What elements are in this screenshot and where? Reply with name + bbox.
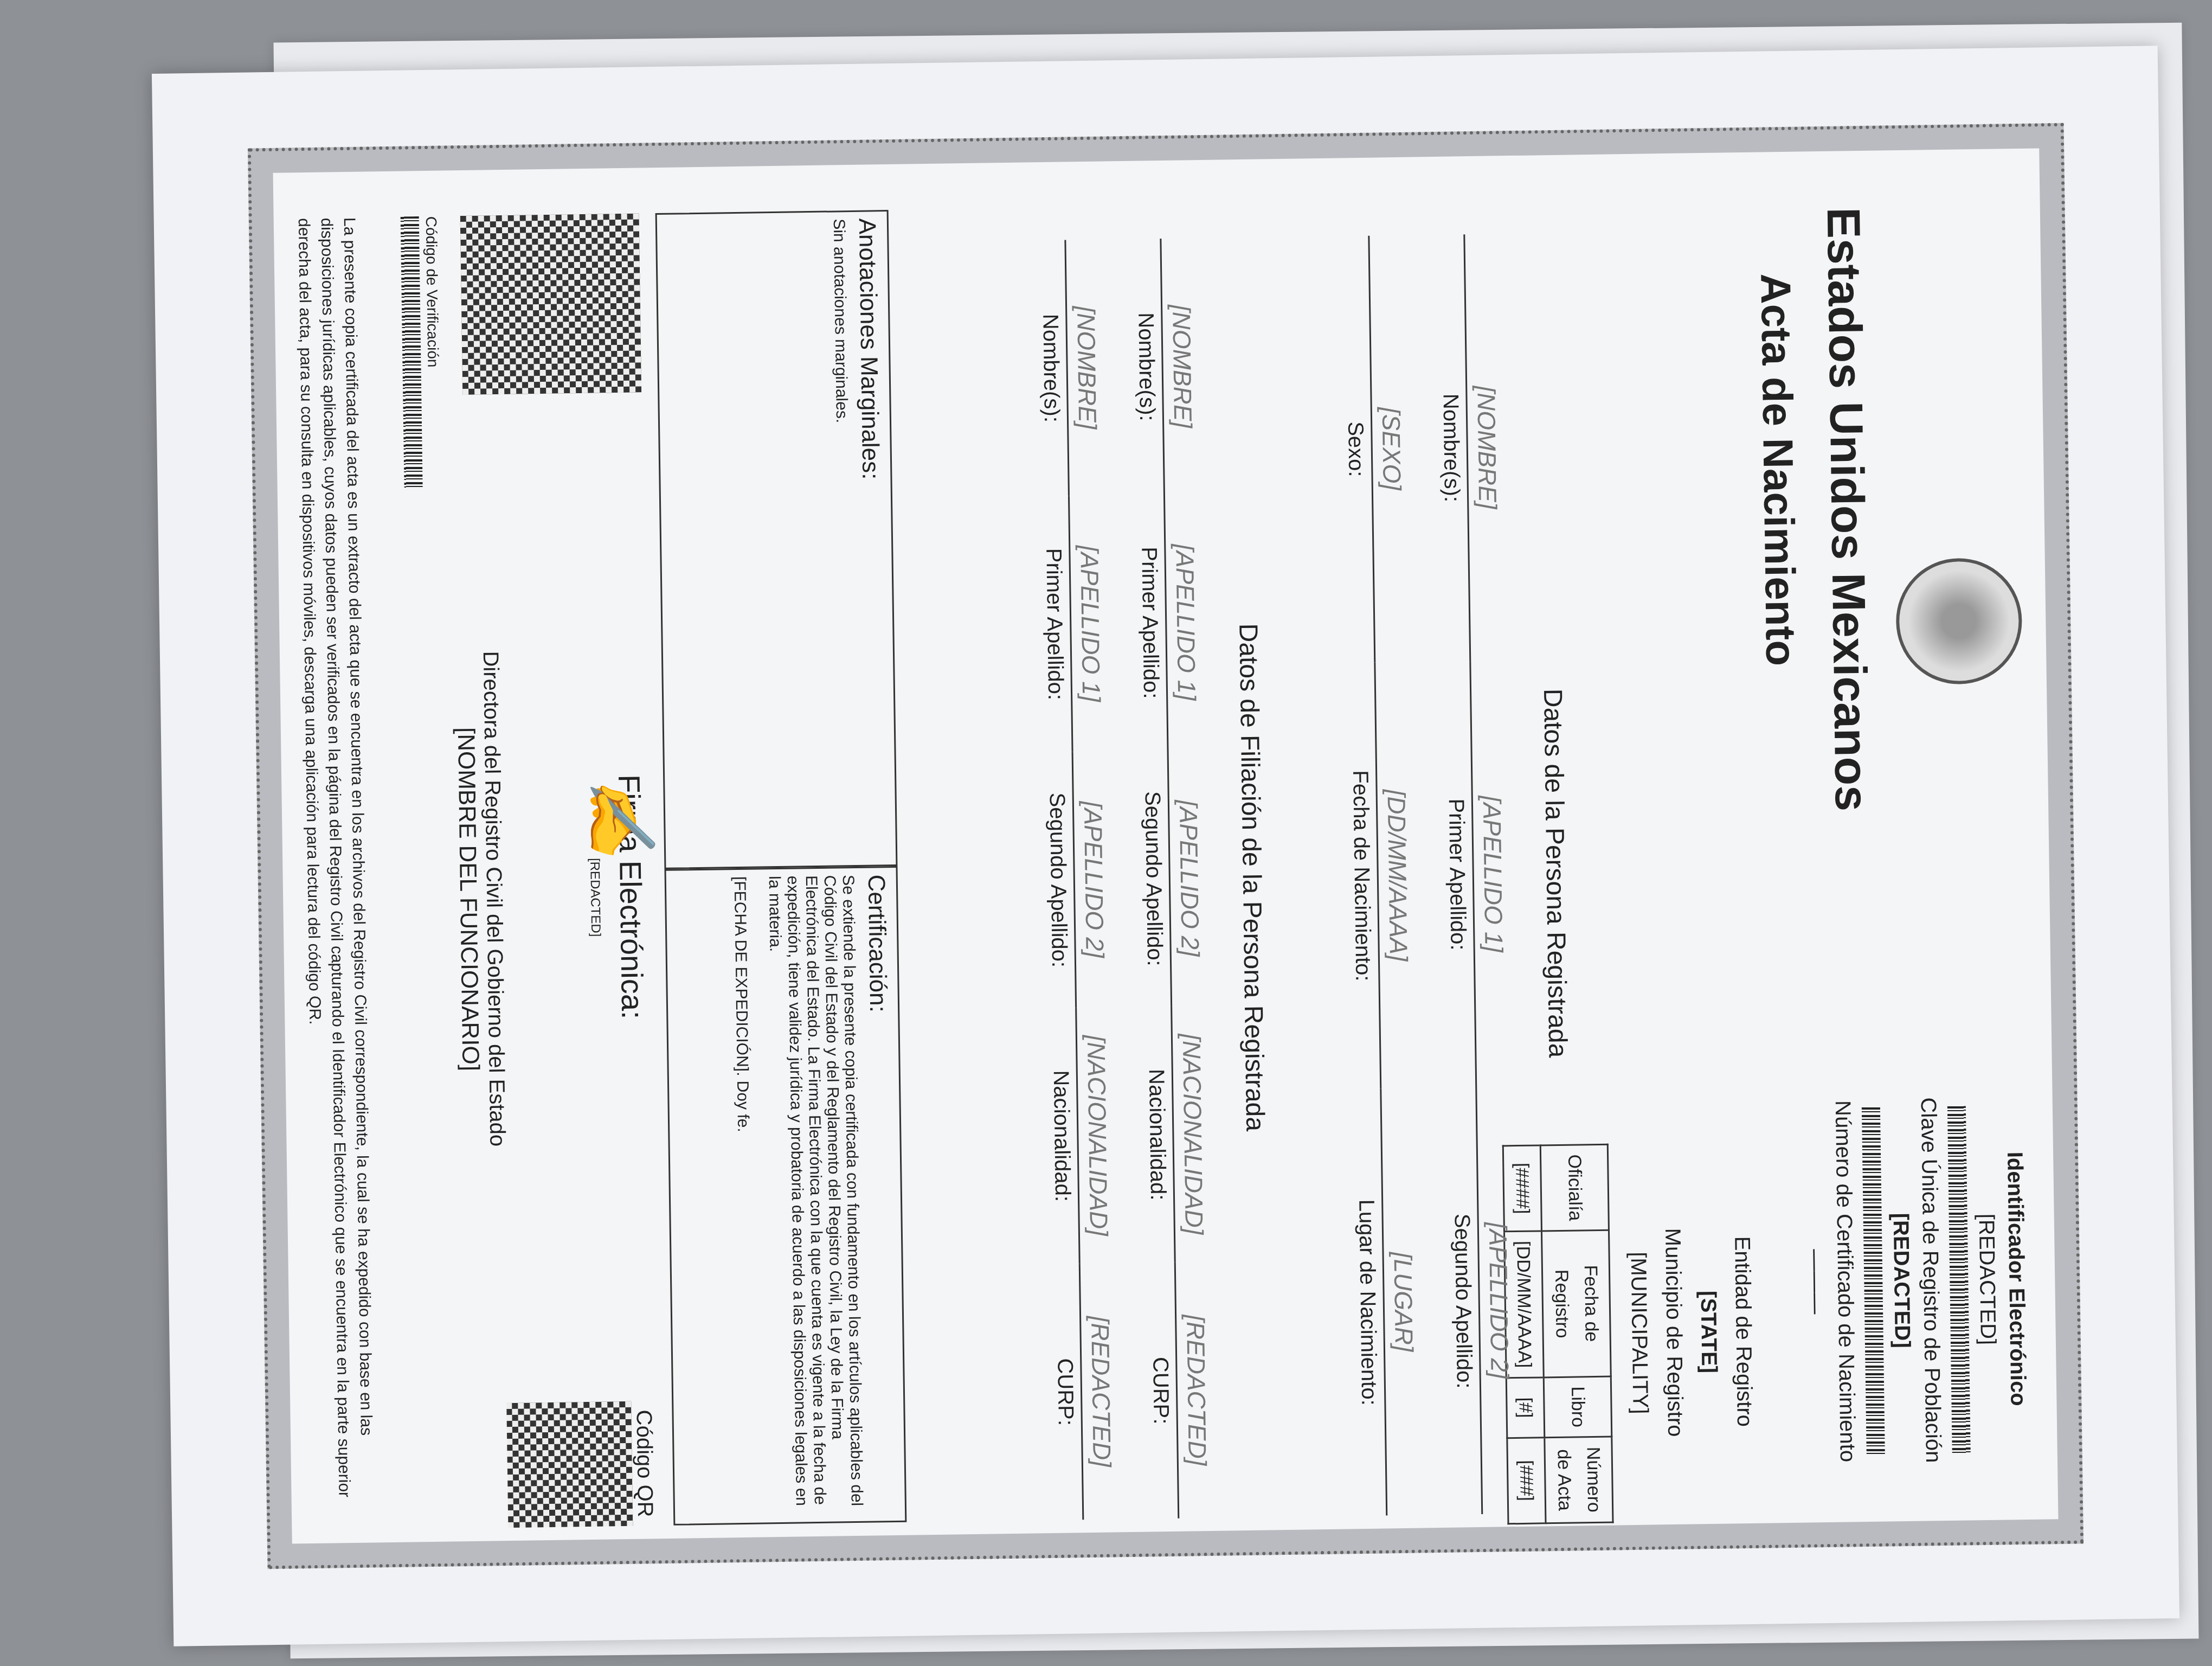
field-label: Segundo Apellido: bbox=[1140, 751, 1168, 1007]
legal-footer: La presente copia certificada del acta e… bbox=[292, 217, 379, 1531]
handwritten-signature: ✍ bbox=[582, 777, 659, 859]
field-label: Fecha de Nacimiento: bbox=[1346, 662, 1377, 1089]
field-label: CURP: bbox=[1147, 1263, 1175, 1519]
municipality-label: Municipio de Registro bbox=[1654, 1143, 1694, 1523]
field-label: CURP: bbox=[1051, 1264, 1079, 1520]
national-crest-icon bbox=[1895, 558, 2023, 685]
entity-value: [STATE] bbox=[1689, 1142, 1729, 1522]
field-label: Segundo Apellido: bbox=[1044, 752, 1072, 1008]
qr-code-icon bbox=[460, 213, 642, 395]
field-value: [APELLIDO 1] bbox=[1163, 494, 1203, 751]
field-value: [REDACTED] bbox=[1174, 1262, 1213, 1518]
field-value: [NACIONALIDAD] bbox=[1075, 1007, 1114, 1264]
annotations-box: Anotaciones Marginales: Sin anotaciones … bbox=[655, 210, 898, 869]
field-value: [SEXO] bbox=[1368, 235, 1409, 663]
field-label: Primer Apellido: bbox=[1040, 496, 1069, 753]
field-label: Primer Apellido: bbox=[1442, 661, 1472, 1088]
field-value: [APELLIDO 1] bbox=[1068, 496, 1107, 752]
section-title: Datos de la Persona Registrada bbox=[1531, 233, 1579, 1514]
country-title: Estados Unidos Mexicanos bbox=[1816, 207, 1879, 812]
field-value: [REDACTED] bbox=[1079, 1263, 1118, 1520]
field-value: [NOMBRE] bbox=[1064, 240, 1103, 496]
barcode-icon bbox=[1862, 1107, 1885, 1454]
annotation-certification-boxes: Anotaciones Marginales: Sin anotaciones … bbox=[655, 210, 907, 1526]
identifier-block: Identificador Electrónico [REDACTED] Cla… bbox=[1798, 1056, 2034, 1504]
field-label: Nombre(s): bbox=[1132, 239, 1160, 495]
municipality-value: [MUNICIPALITY] bbox=[1619, 1143, 1660, 1523]
qr-label: Código QR bbox=[631, 1401, 657, 1526]
certification-box: Certificación: Se extiende la presente c… bbox=[665, 866, 907, 1526]
annotations-text: Sin anotaciones marginales. bbox=[829, 219, 857, 858]
field-label: Nombre(s): bbox=[1436, 234, 1466, 661]
paper-sheet: Estados Unidos Mexicanos Acta de Nacimie… bbox=[152, 46, 2179, 1646]
id-label: Identificador Electrónico bbox=[1999, 1056, 2034, 1502]
field-value: [APELLIDO 2] bbox=[1475, 1087, 1516, 1515]
barcode-icon bbox=[401, 216, 423, 488]
field-label: Primer Apellido: bbox=[1136, 495, 1164, 751]
qr-code-icon bbox=[506, 1401, 633, 1528]
field-value: [APELLIDO 2] bbox=[1072, 751, 1111, 1008]
field-label: Lugar de Nacimiento: bbox=[1352, 1089, 1382, 1516]
field-value: [NACIONALIDAD] bbox=[1171, 1006, 1210, 1263]
field-value: [DD/MM/AAAA] bbox=[1374, 662, 1415, 1089]
section-title: Datos de Filiación de la Persona Registr… bbox=[1227, 238, 1275, 1518]
field-label: Nacionalidad: bbox=[1143, 1007, 1171, 1263]
signature-area: Firma Electrónica: [REDACTED] Directora … bbox=[397, 213, 658, 1529]
curp-label: Clave Única de Registro de Población bbox=[1913, 1058, 1949, 1503]
barcode-icon bbox=[1947, 1106, 1971, 1453]
field-value: [LUGAR] bbox=[1380, 1088, 1421, 1516]
certification-text: Se extiende la presente copia certificad… bbox=[765, 875, 866, 1516]
signature-label: Firma Electrónica: bbox=[607, 414, 655, 1380]
person-section: Datos de la Persona Registrada [NOMBRE]N… bbox=[1340, 233, 1579, 1516]
certification-title: Certificación: bbox=[863, 874, 898, 1515]
certification-date: [FECHA DE EXPEDICIÓN]. Doy fe. bbox=[730, 876, 757, 1516]
field-value: [NOMBRE] bbox=[1463, 234, 1504, 661]
field-value: [APELLIDO 1] bbox=[1469, 661, 1510, 1088]
cert-label: Número de Certificado de Nacimiento bbox=[1828, 1059, 1863, 1504]
annotations-title: Anotaciones Marginales: bbox=[853, 218, 889, 858]
field-label: Sexo: bbox=[1340, 236, 1371, 663]
document-title: Acta de Nacimiento bbox=[1751, 273, 1805, 667]
signature-hash: [REDACTED] bbox=[581, 415, 609, 1380]
birth-certificate: Estados Unidos Mexicanos Acta de Nacimie… bbox=[248, 123, 2084, 1569]
field-label: Nombre(s): bbox=[1037, 240, 1065, 497]
field-label: Segundo Apellido: bbox=[1448, 1087, 1478, 1514]
field-value: [APELLIDO 2] bbox=[1167, 750, 1206, 1007]
entity-label: Entidad de Registro bbox=[1724, 1142, 1764, 1522]
field-label: Nacionalidad: bbox=[1047, 1008, 1076, 1264]
field-value: [NOMBRE] bbox=[1160, 238, 1199, 495]
parents-section: Datos de Filiación de la Persona Registr… bbox=[1037, 238, 1275, 1520]
id-value: [REDACTED] bbox=[1970, 1057, 2005, 1502]
